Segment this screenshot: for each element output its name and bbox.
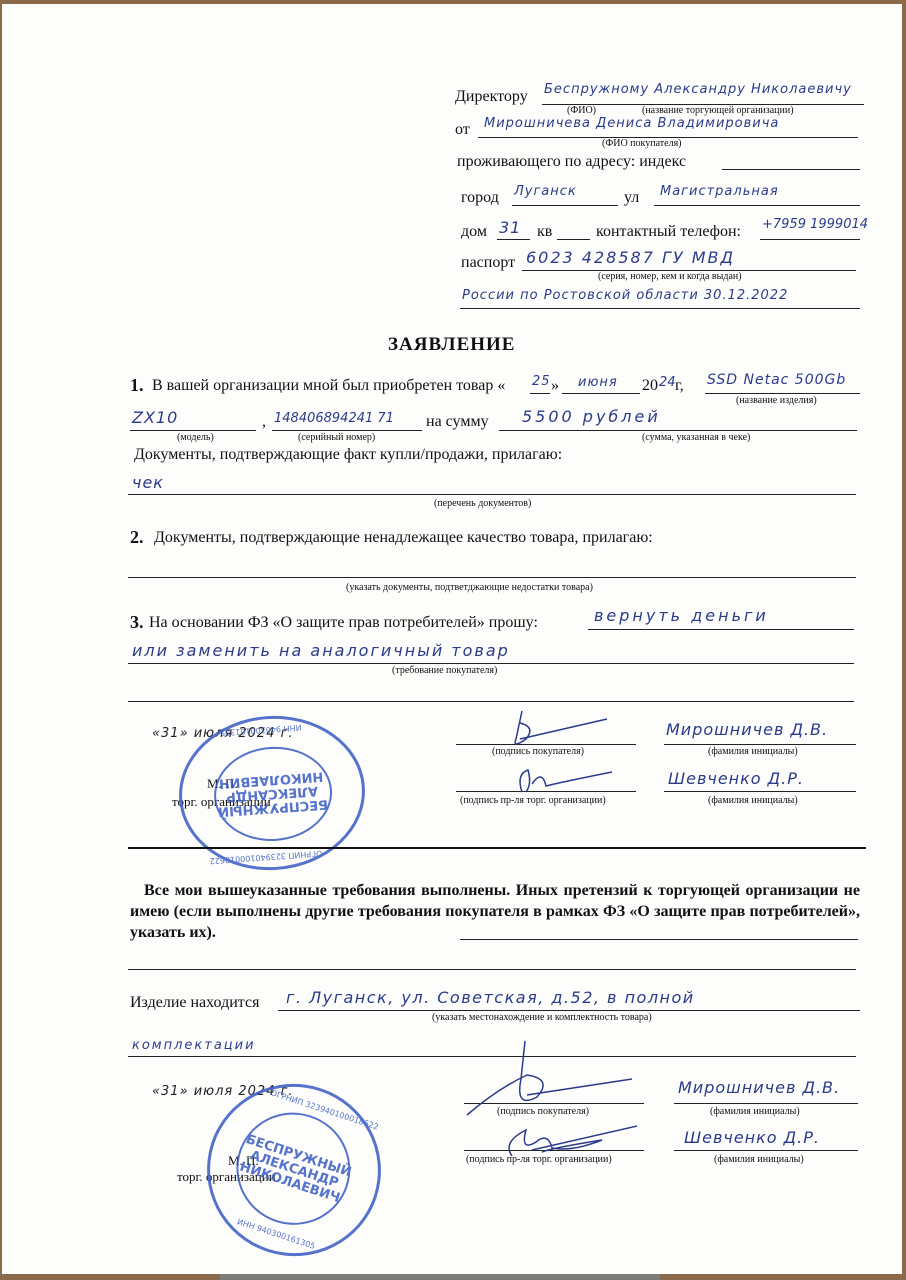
month-line: [562, 393, 640, 394]
passport-value-2: России по Ростовской области 30.12.2022: [462, 288, 788, 303]
director-label: Директору: [455, 88, 528, 106]
section1-text: В вашей организации мной был приобретен …: [152, 377, 505, 395]
product-line: [705, 393, 860, 394]
section2-line: [128, 577, 856, 578]
from-label: от: [455, 121, 470, 139]
name-caption-1a: (фамилия инициалы): [708, 746, 798, 757]
section3-value-2: или заменить на аналогичный товар: [132, 641, 510, 660]
seller-sign-caption-1: (подпись пр-ля торг. организации): [460, 795, 606, 806]
purchase-month: июня: [578, 375, 618, 390]
item-value: г. Луганск, ул. Советская, д.52, в полно…: [286, 988, 695, 1007]
year-prefix: 20: [642, 377, 658, 395]
serial-caption: (серийный номер): [298, 432, 375, 443]
seller-name-1: Шевченко Д.Р.: [668, 769, 804, 788]
completion-text: Все мои вышеуказанные требования выполне…: [130, 880, 860, 943]
buyer-name-2: Мирошничев Д.В.: [678, 1078, 840, 1097]
sum-caption: (сумма, указанная в чеке): [642, 432, 750, 443]
passport-caption: (серия, номер, кем и когда выдан): [598, 271, 742, 282]
section3-line-1: [588, 629, 854, 630]
section-separator: [128, 847, 866, 849]
sum-label: на сумму: [426, 413, 489, 431]
item-value-2: комплектации: [132, 1038, 256, 1053]
phone-label: контактный телефон:: [596, 223, 741, 241]
apt-line: [557, 239, 590, 240]
serial-line: [272, 430, 422, 431]
buyer-signature-1: [492, 709, 612, 749]
docs-line: [128, 494, 856, 495]
buyer-name-1: Мирошничев Д.В.: [666, 720, 828, 739]
completion-line-2: [128, 969, 856, 970]
section1-number: 1.: [130, 375, 144, 396]
section2-text: Документы, подтверждающие ненадлежащее к…: [154, 529, 653, 547]
buyer-sign-caption-1: (подпись покупателя): [492, 746, 584, 757]
item-caption: (указать местонахождение и комплектность…: [432, 1012, 652, 1023]
section3-text: На основании ФЗ «О защите прав потребите…: [149, 614, 538, 632]
house-value: 31: [499, 218, 521, 237]
index-line: [722, 169, 860, 170]
purchase-year: 24: [659, 375, 676, 390]
sum-line: [499, 430, 857, 431]
passport-value: 6023 428587 ГУ МВД: [526, 248, 735, 267]
scan-edge: [220, 1274, 660, 1280]
purchase-day: 25: [532, 374, 551, 389]
city-label: город: [461, 189, 499, 207]
section3-line-3: [128, 701, 854, 702]
seller-name-line-1: [664, 791, 856, 792]
section2-caption: (указать документы, подтветджающие недос…: [346, 582, 593, 593]
model-line: [130, 430, 256, 431]
org-caption: (название торгующей организации): [642, 105, 794, 116]
house-label: дом: [461, 223, 487, 241]
street-label: ул: [624, 189, 639, 207]
model-caption: (модель): [177, 432, 214, 443]
sum-value: 5500 рублей: [522, 407, 661, 426]
item-label: Изделие находится: [130, 994, 259, 1012]
item-line-1: [278, 1010, 860, 1011]
docs-label: Документы, подтверждающие факт купли/про…: [134, 446, 562, 464]
buyer-sign-caption-2: (подпись покупателя): [497, 1106, 589, 1117]
street-line: [654, 205, 860, 206]
docs-value: чек: [132, 473, 164, 492]
director-value: Беспружному Александру Николаевичу: [544, 82, 852, 97]
city-line: [512, 205, 618, 206]
phone-line: [760, 239, 860, 240]
seller-sign-caption-2: (подпись пр-ля торг. организации): [466, 1154, 612, 1165]
seller-name-line-2: [674, 1150, 858, 1151]
year-tail: г,: [675, 377, 684, 395]
buyer-name-line-2: [674, 1103, 858, 1104]
section2-number: 2.: [130, 527, 144, 548]
section3-value-1: вернуть деньги: [594, 606, 769, 625]
docs-caption: (перечень документов): [434, 498, 531, 509]
phone-value: +7959 1999014: [762, 217, 868, 232]
city-value: Луганск: [514, 184, 577, 199]
street-value: Магистральная: [660, 184, 779, 199]
document-title: ЗАЯВЛЕНИЕ: [388, 334, 515, 356]
passport-line-2: [460, 308, 860, 309]
day-line: [530, 393, 550, 394]
name-caption-2a: (фамилия инициалы): [710, 1106, 800, 1117]
seller-name-2: Шевченко Д.Р.: [684, 1128, 820, 1147]
product-caption: (название изделия): [736, 395, 817, 406]
address-label: проживающего по адресу: индекс: [457, 153, 686, 171]
section3-caption: (требование покупателя): [392, 665, 497, 676]
completion-line-1: [460, 939, 858, 940]
section3-line-2: [128, 663, 854, 664]
name-caption-2b: (фамилия инициалы): [714, 1154, 804, 1165]
seller-signature-1: [502, 764, 622, 796]
fio-caption: (ФИО): [567, 105, 596, 116]
house-line: [497, 239, 530, 240]
buyer-name-line-1: [664, 744, 856, 745]
apt-label: кв: [537, 223, 552, 241]
name-caption-1b: (фамилия инициалы): [708, 795, 798, 806]
product-value: SSD Netac 500Gb: [707, 372, 846, 388]
serial-value: 148406894241 71: [274, 411, 394, 426]
document-page: Директору Беспружному Александру Николае…: [2, 4, 902, 1274]
buyer-caption: (ФИО покупателя): [602, 138, 682, 149]
passport-label: паспорт: [461, 254, 515, 272]
section3-number: 3.: [130, 612, 144, 633]
model-value: ZX10: [132, 408, 178, 427]
from-value: Мирошничева Дениса Владимировича: [484, 116, 779, 131]
